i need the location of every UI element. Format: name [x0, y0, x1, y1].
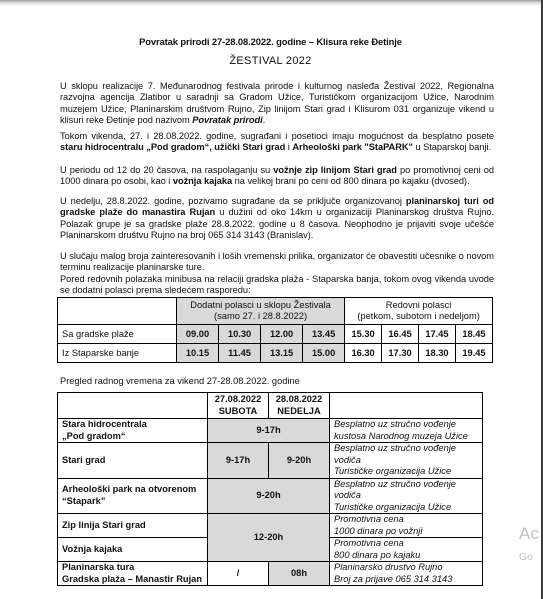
note-cell: Promotivna cena800 dinara po kajaku: [330, 538, 483, 562]
venue-name: Stara hidrocentrala„Pod gradom“: [58, 419, 208, 443]
time-cell: 13.15: [261, 344, 303, 363]
venue-line: Stara hidrocentrala: [62, 419, 147, 429]
time-cell: 17.30: [382, 344, 419, 363]
header-subtext: (samo 27. i 28.8.2022): [214, 311, 307, 321]
note-line: Turističke organizacija Užice: [334, 502, 451, 512]
header-text: Redovni polasci: [386, 300, 452, 310]
header-saturday: 27.08.2022SUBOTA: [208, 393, 269, 419]
row-label: Sa gradske plaže: [58, 325, 177, 344]
bold-text: Arheološki park "StaPARK": [292, 142, 413, 152]
time-cell: 19.45: [455, 344, 492, 363]
paragraph-intro: U sklopu realizacije 7. Međunarodnog fes…: [60, 81, 494, 127]
hours-cell-sunday: 08h: [269, 562, 330, 586]
note-cell: Besplatno uz stručno vođenje vodičaTuris…: [330, 443, 483, 479]
venue-name: Stari grad: [58, 443, 208, 479]
time-cell: 16.30: [345, 344, 382, 363]
time-cell: 15.00: [303, 344, 345, 363]
time-cell: 12.00: [261, 325, 303, 344]
venue-name: Zip linija Stari grad: [58, 514, 208, 538]
bold-text: vožnje zip linijom Stari grad: [273, 165, 397, 175]
note-line: Promotivna cena: [334, 538, 404, 548]
time-cell: 15.30: [345, 325, 382, 344]
table-row: Zip linija Stari grad 12-20h Promotivna …: [58, 514, 483, 538]
table-row: Sa gradske plaže 09.00 10.30 12.00 13.45…: [58, 325, 493, 344]
note-line: kustosa Narodnog muzeja Užice: [334, 431, 468, 441]
hours-cell: 9-20h: [208, 478, 330, 514]
time-cell: 18.45: [455, 325, 492, 344]
text: U sklopu realizacije 7. Međunarodnog fes…: [60, 81, 494, 125]
text: u Staparskoj banji.: [413, 142, 491, 152]
table-row: Stari grad 9-17h 9-20h Besplatno uz stru…: [58, 443, 483, 479]
note-cell: Planinarsko drustvo RujnoBroj za prijave…: [330, 562, 483, 586]
time-cell: 09.00: [177, 325, 219, 344]
note-line: 800 dinara po kajaku: [334, 550, 420, 560]
paragraph-weather: U slučaju malog broja zainteresovanih i …: [60, 251, 494, 274]
time-cell: 10.15: [177, 344, 219, 363]
table-corner-cell: [58, 393, 208, 419]
note-line: Besplatno uz stručno vođenje vodiča: [334, 443, 456, 465]
activation-watermark-subtitle: Go: [519, 551, 533, 563]
table-header-row: Dodatni polasci u sklopu Žestivala(samo …: [58, 298, 493, 325]
header-day: SUBOTA: [219, 406, 258, 416]
hours-cell: 12-20h: [208, 514, 330, 562]
note-line: Turističke organizacija Užice: [334, 466, 451, 476]
note-cell: Besplatno uz stručno vođenjekustosa Naro…: [330, 419, 483, 443]
time-cell: 17.45: [419, 325, 456, 344]
time-cell: 16.45: [382, 325, 419, 344]
paragraph-minibus: Pored redovnih polazaka minibusa na rela…: [60, 274, 494, 297]
note-line: Planinarsko drustvo Rujno: [334, 562, 443, 572]
table-header-row: 27.08.2022SUBOTA 28.08.2022NEDELJA: [58, 393, 483, 419]
bold-text: staru hidrocentralu „Pod gradom“, užički…: [60, 142, 285, 152]
document-subtitle: ŽESTIVAL 2022: [0, 55, 541, 67]
text: na velikoj brani po ceni od 800 dinara p…: [232, 176, 469, 186]
header-date: 27.08.2022: [215, 394, 262, 404]
header-sunday: 28.08.2022NEDELJA: [269, 393, 330, 419]
time-cell: 10.30: [219, 325, 261, 344]
venue-line: Planinarska tura: [62, 562, 134, 572]
note-line: Broj za prijave 065 314 3143: [334, 574, 452, 584]
venue-line: Gradska plaža – Manastir Rujan: [62, 574, 202, 584]
paragraph-hiking: U nedelju, 28.8.2022. godine, pozivamo s…: [60, 196, 494, 242]
text: U periodu od 12 do 20 časova, na raspola…: [60, 165, 273, 175]
hours-table-caption: Pregled radnog vremena za vikend 27-28.0…: [60, 376, 300, 386]
header-regular-departures: Redovni polasci(petkom, subotom i nedelj…: [345, 298, 493, 325]
text: .: [263, 115, 266, 125]
note-cell: Besplatno uz stručno vođenje vodičaTuris…: [330, 478, 483, 514]
table-row: Arheološki park na otvorenom“Stapark” 9-…: [58, 478, 483, 514]
note-line: Promotivna cena: [334, 514, 404, 524]
document-page: Povratak prirodi 27-28.08.2022. godine –…: [0, 0, 541, 599]
venue-name: Planinarska turaGradska plaža – Manastir…: [58, 562, 208, 586]
venue-name: Arheološki park na otvorenom“Stapark”: [58, 478, 208, 514]
note-cell: Promotivna cena1000 dinara po vožnji: [330, 514, 483, 538]
header-extra-departures: Dodatni polasci u sklopu Žestivala(samo …: [177, 298, 345, 325]
row-label: Iz Staparske banje: [58, 344, 177, 363]
venue-line: “Stapark”: [62, 496, 105, 506]
table-row: Iz Staparske banje 10.15 11.45 13.15 15.…: [58, 344, 493, 363]
activation-watermark-title: Ac: [519, 524, 539, 544]
opening-hours-table: 27.08.2022SUBOTA 28.08.2022NEDELJA Stara…: [57, 392, 483, 586]
text: Tokom vikenda, 27. i 28.08.2022. godine,…: [60, 131, 494, 141]
table-corner-cell: [58, 298, 177, 325]
hours-cell: 9-17h: [208, 419, 330, 443]
header-text: Dodatni polasci u sklopu Žestivala: [190, 300, 331, 310]
venue-line: „Pod gradom“: [62, 431, 126, 441]
time-cell: 11.45: [219, 344, 261, 363]
hours-cell-sunday: 9-20h: [269, 443, 330, 479]
hours-cell-saturday: 9-17h: [208, 443, 269, 479]
text: U nedelju, 28.8.2022. godine, pozivamo s…: [60, 196, 406, 206]
document-title: Povratak prirodi 27-28.08.2022. godine –…: [0, 36, 541, 47]
venue-name: Vožnja kajaka: [58, 538, 208, 562]
note-line: Besplatno uz stručno vođenje: [334, 419, 456, 429]
header-date: 28.08.2022: [276, 394, 323, 404]
hours-cell-saturday: /: [208, 562, 269, 586]
paragraph-visits: Tokom vikenda, 27. i 28.08.2022. godine,…: [60, 131, 494, 154]
note-line: 1000 dinara po vožnji: [334, 526, 422, 536]
header-subtext: (petkom, subotom i nedeljom): [357, 311, 479, 321]
time-cell: 18.30: [419, 344, 456, 363]
header-day: NEDELJA: [277, 406, 320, 416]
time-cell: 13.45: [303, 325, 345, 344]
table-row: Stara hidrocentrala„Pod gradom“ 9-17h Be…: [58, 419, 483, 443]
table-row: Planinarska turaGradska plaža – Manastir…: [58, 562, 483, 586]
venue-line: Arheološki park na otvorenom: [62, 484, 196, 494]
minibus-schedule-table: Dodatni polasci u sklopu Žestivala(samo …: [57, 297, 493, 363]
note-line: Besplatno uz stručno vođenje vodiča: [334, 479, 456, 501]
bold-text: vožnja kajaka: [173, 176, 232, 186]
event-name: Povratak prirodi: [192, 115, 263, 125]
header-notes: [330, 393, 483, 419]
paragraph-zipline-kayak: U periodu od 12 do 20 časova, na raspola…: [60, 165, 494, 188]
